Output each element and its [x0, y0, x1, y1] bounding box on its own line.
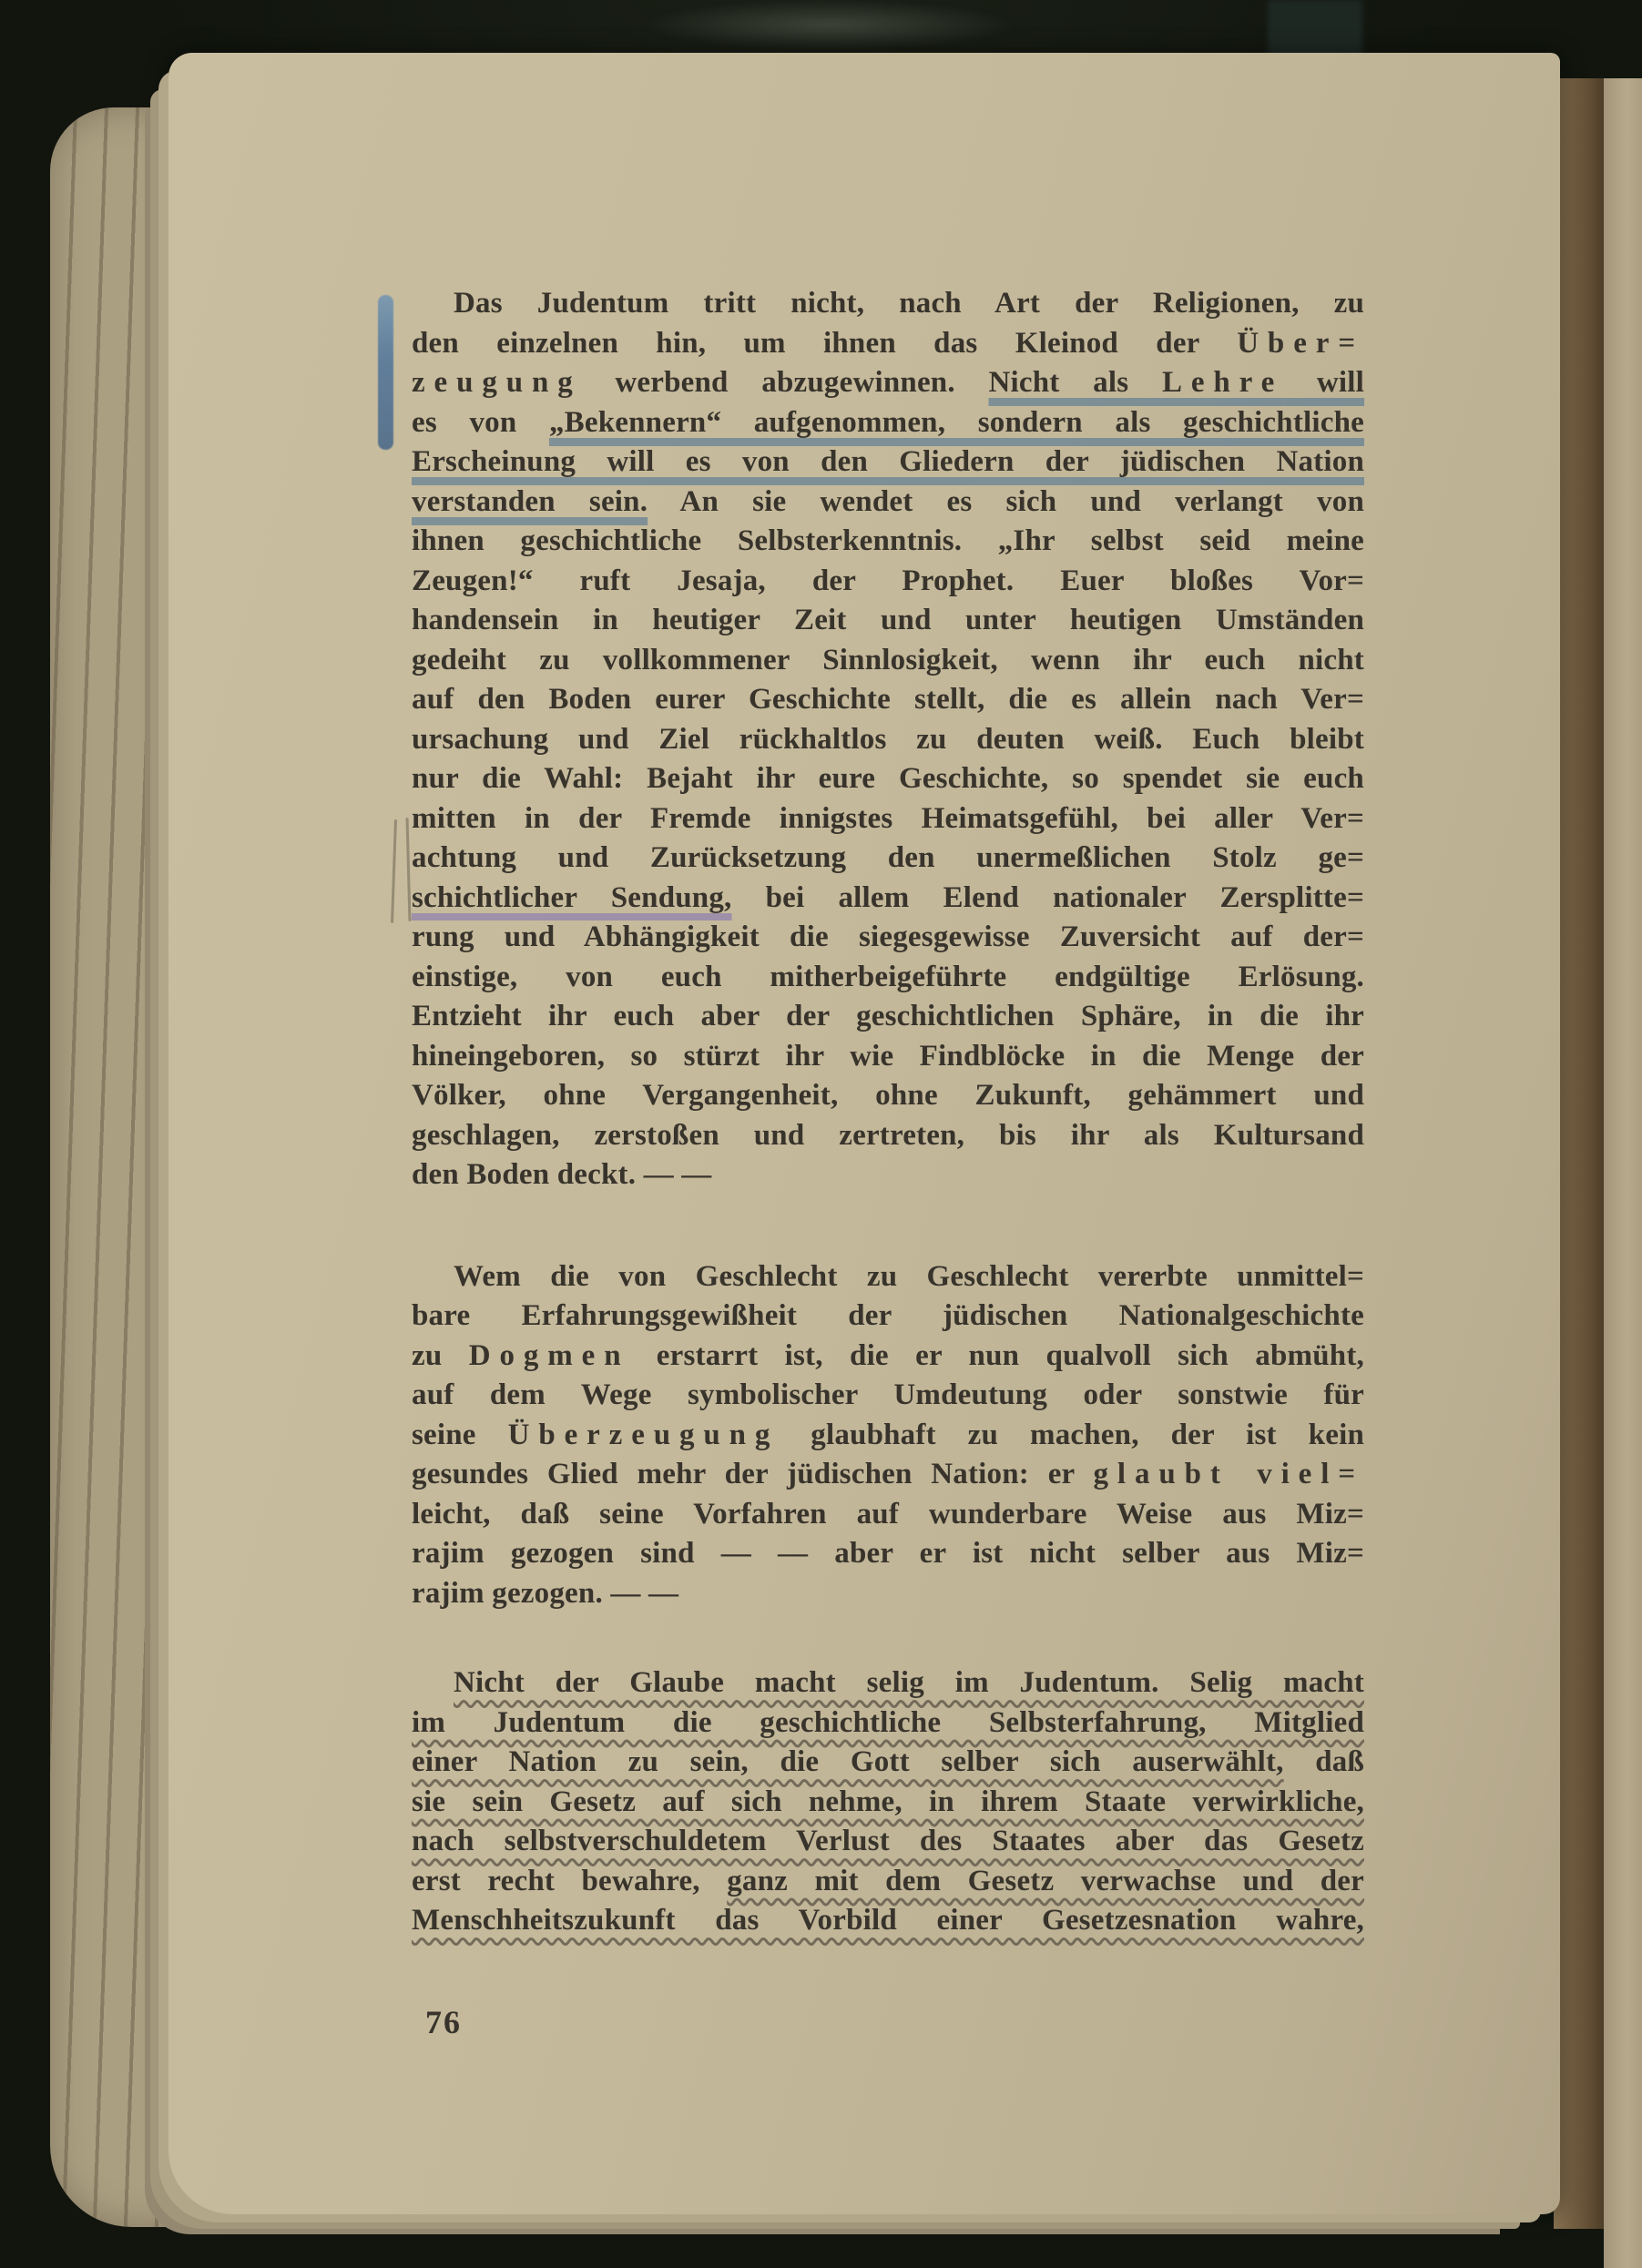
paragraph: Wem die von Geschlecht zu Geschlecht ver…	[412, 1257, 1364, 1614]
text-segment: mitten in der Fremde innigstes Heimatsge…	[412, 802, 1364, 835]
text-line: sie sein Gesetz auf sich nehme, in ihrem…	[412, 1783, 1364, 1823]
text-segment: Wem die von Geschlecht zu Geschlecht ver…	[454, 1260, 1364, 1293]
book-fore-edge-shadow	[1554, 78, 1606, 2229]
text-segment: auf dem Wege symbolischer Umdeutung oder…	[412, 1378, 1364, 1411]
underlined-text: einer Nation zu sein, die Gott selber si…	[412, 1745, 1284, 1778]
text-segment: erst recht bewahre,	[412, 1865, 727, 1897]
book-scan: Das Judentum tritt nicht, nach Art der R…	[0, 0, 1642, 2268]
text-line: einer Nation zu sein, die Gott selber si…	[412, 1743, 1364, 1783]
text-segment: ursachung und Ziel rückhaltlos zu deuten…	[412, 723, 1364, 756]
underlined-text: verstanden sein.	[412, 485, 648, 518]
text-line: hineingeboren, so stürzt ihr wie Findblö…	[412, 1037, 1364, 1077]
text-segment: leicht, daß seine Vorfahren auf wunderba…	[412, 1498, 1364, 1531]
text-segment: seine	[412, 1419, 508, 1451]
text-line: rung und Abhängigkeit die siegesgewisse …	[412, 918, 1364, 958]
text-line: Nicht der Glaube macht selig im Judentum…	[412, 1663, 1364, 1704]
text-line: achtung und Zurücksetzung den unermeßlic…	[412, 839, 1364, 879]
text-line: geschlagen, zerstoßen und zertreten, bis…	[412, 1116, 1364, 1156]
text-line: Wem die von Geschlecht zu Geschlecht ver…	[412, 1257, 1364, 1297]
text-segment: Entzieht ihr euch aber der geschichtlich…	[412, 1000, 1364, 1032]
book-page: Das Judentum tritt nicht, nach Art der R…	[168, 53, 1560, 2214]
facing-page-edge	[1604, 78, 1642, 2268]
text-line: seine Überzeugung glaubhaft zu machen, d…	[412, 1416, 1364, 1456]
underlined-text: Menschheitszukunft das Vorbild einer Ges…	[412, 1904, 1364, 1937]
underlined-text: sie sein Gesetz auf sich nehme, in ihrem…	[412, 1785, 1364, 1818]
pencil-margin-mark-2	[406, 818, 412, 921]
text-line: zu Dogmen erstarrt ist, die er nun qualv…	[412, 1337, 1364, 1377]
text-line: Völker, ohne Vergangenheit, ohne Zukunft…	[412, 1076, 1364, 1116]
text-segment: zu	[412, 1339, 469, 1372]
text-line: erst recht bewahre, ganz mit dem Gesetz …	[412, 1862, 1364, 1902]
underlined-text: Nicht als	[989, 366, 1162, 399]
text-line: gesundes Glied mehr der jüdischen Nation…	[412, 1455, 1364, 1495]
text-segment: zeugung	[412, 366, 582, 399]
text-segment: auf den Boden eurer Geschichte stellt, d…	[412, 683, 1364, 716]
underlined-text: Erscheinung will es von den Gliedern der…	[412, 445, 1364, 478]
text-line: einstige, von euch mitherbeigeführte end…	[412, 958, 1364, 998]
text-segment: Das Judentum tritt nicht, nach Art der R…	[454, 287, 1364, 320]
text-line: den Boden deckt. — —	[412, 1155, 1364, 1195]
text-segment: nur die Wahl: Bejaht ihr eure Geschichte…	[412, 762, 1364, 795]
text-segment: geschlagen, zerstoßen und zertreten, bis…	[412, 1119, 1364, 1152]
paragraph: Nicht der Glaube macht selig im Judentum…	[412, 1663, 1364, 1941]
text-line: schichtlicher Sendung, bei allem Elend n…	[412, 879, 1364, 919]
text-segment: glaubt viel=	[1094, 1458, 1364, 1490]
text-line: leicht, daß seine Vorfahren auf wunderba…	[412, 1495, 1364, 1535]
text-segment: hineingeboren, so stürzt ihr wie Findblö…	[412, 1040, 1364, 1073]
text-segment: werbend abzugewinnen.	[582, 366, 989, 399]
text-line: es von „Bekennern“ aufgenommen, sondern …	[412, 403, 1364, 443]
text-segment: den einzelnen hin, um ihnen das Kleinod …	[412, 327, 1237, 360]
text-line: gedeiht zu vollkommener Sinnlosigkeit, w…	[412, 641, 1364, 681]
text-segment: es von	[412, 406, 549, 439]
text-line: rajim gezogen sind — — aber er ist nicht…	[412, 1534, 1364, 1574]
text-segment: handensein in heutiger Zeit und unter he…	[412, 604, 1364, 636]
text-line: Entzieht ihr euch aber der geschichtlich…	[412, 997, 1364, 1037]
text-line: nur die Wahl: Bejaht ihr eure Geschichte…	[412, 759, 1364, 799]
underlined-text: „Bekennern“ aufgenommen, sondern als ges…	[549, 406, 1364, 439]
text-segment: rajim gezogen. — —	[412, 1577, 678, 1610]
scanner-light-artifact	[637, 0, 1020, 50]
text-line: zeugung werbend abzugewinnen. Nicht als …	[412, 363, 1364, 403]
text-line: handensein in heutiger Zeit und unter he…	[412, 601, 1364, 641]
text-line: Zeugen!“ ruft Jesaja, der Prophet. Euer …	[412, 562, 1364, 602]
text-segment: Über=	[1237, 327, 1364, 360]
underlined-text: Lehre	[1162, 366, 1283, 399]
text-segment: rung und Abhängigkeit die siegesgewisse …	[412, 920, 1364, 953]
underlined-text: ganz mit dem Gesetz verwachse und der	[727, 1865, 1364, 1897]
underlined-text: schichtlicher Sendung,	[412, 881, 732, 914]
text-block: Das Judentum tritt nicht, nach Art der R…	[412, 284, 1364, 1941]
text-line: auf dem Wege symbolischer Umdeutung oder…	[412, 1376, 1364, 1416]
text-segment: gedeiht zu vollkommener Sinnlosigkeit, w…	[412, 644, 1364, 676]
text-segment: Völker, ohne Vergangenheit, ohne Zukunft…	[412, 1079, 1364, 1112]
blue-crayon-margin-bar	[378, 295, 393, 450]
text-line: mitten in der Fremde innigstes Heimatsge…	[412, 799, 1364, 839]
text-segment: bei allem Elend nationaler Zersplitte=	[732, 881, 1364, 914]
pencil-margin-mark-1	[391, 819, 397, 923]
text-line: nach selbstverschuldetem Verlust des Sta…	[412, 1822, 1364, 1862]
text-segment: gesundes Glied mehr der jüdischen Nation…	[412, 1458, 1094, 1490]
text-segment: glaubhaft zu machen, der ist kein	[779, 1419, 1364, 1451]
text-line: den einzelnen hin, um ihnen das Kleinod …	[412, 324, 1364, 364]
text-segment: erstarrt ist, die er nun qualvoll sich a…	[629, 1339, 1364, 1372]
page-number: 76	[425, 2003, 462, 2041]
text-segment: Dogmen	[469, 1339, 630, 1372]
text-line: verstanden sein. An sie wendet es sich u…	[412, 483, 1364, 523]
text-segment: bare Erfahrungsgewißheit der jüdischen N…	[412, 1299, 1364, 1332]
text-segment: einstige, von euch mitherbeigeführte end…	[412, 961, 1364, 993]
text-line: ihnen geschichtliche Selbsterkenntnis. „…	[412, 522, 1364, 562]
text-segment: ihnen geschichtliche Selbsterkenntnis. „…	[412, 524, 1364, 557]
paragraph: Das Judentum tritt nicht, nach Art der R…	[412, 284, 1364, 1195]
text-line: rajim gezogen. — —	[412, 1574, 1364, 1614]
underlined-text: Nicht der Glaube macht selig im Judentum…	[454, 1666, 1364, 1699]
underlined-text: will	[1283, 366, 1364, 399]
underlined-text: im Judentum die geschichtliche Selbsterf…	[412, 1706, 1364, 1739]
text-line: im Judentum die geschichtliche Selbsterf…	[412, 1704, 1364, 1744]
underlined-text: nach selbstverschuldetem Verlust des Sta…	[412, 1825, 1364, 1857]
text-segment: daß	[1284, 1745, 1364, 1778]
text-segment: den Boden deckt. — —	[412, 1158, 711, 1191]
text-segment: Überzeugung	[508, 1419, 780, 1451]
text-line: auf den Boden eurer Geschichte stellt, d…	[412, 680, 1364, 720]
text-segment: rajim gezogen sind — — aber er ist nicht…	[412, 1537, 1364, 1570]
text-line: Erscheinung will es von den Gliedern der…	[412, 442, 1364, 483]
text-line: Das Judentum tritt nicht, nach Art der R…	[412, 284, 1364, 324]
text-segment: Zeugen!“ ruft Jesaja, der Prophet. Euer …	[412, 564, 1364, 597]
text-segment: An sie wendet es sich und verlangt von	[648, 485, 1364, 518]
text-line: bare Erfahrungsgewißheit der jüdischen N…	[412, 1297, 1364, 1337]
text-line: ursachung und Ziel rückhaltlos zu deuten…	[412, 720, 1364, 760]
text-line: Menschheitszukunft das Vorbild einer Ges…	[412, 1901, 1364, 1941]
text-segment: achtung und Zurücksetzung den unermeßlic…	[412, 841, 1364, 874]
